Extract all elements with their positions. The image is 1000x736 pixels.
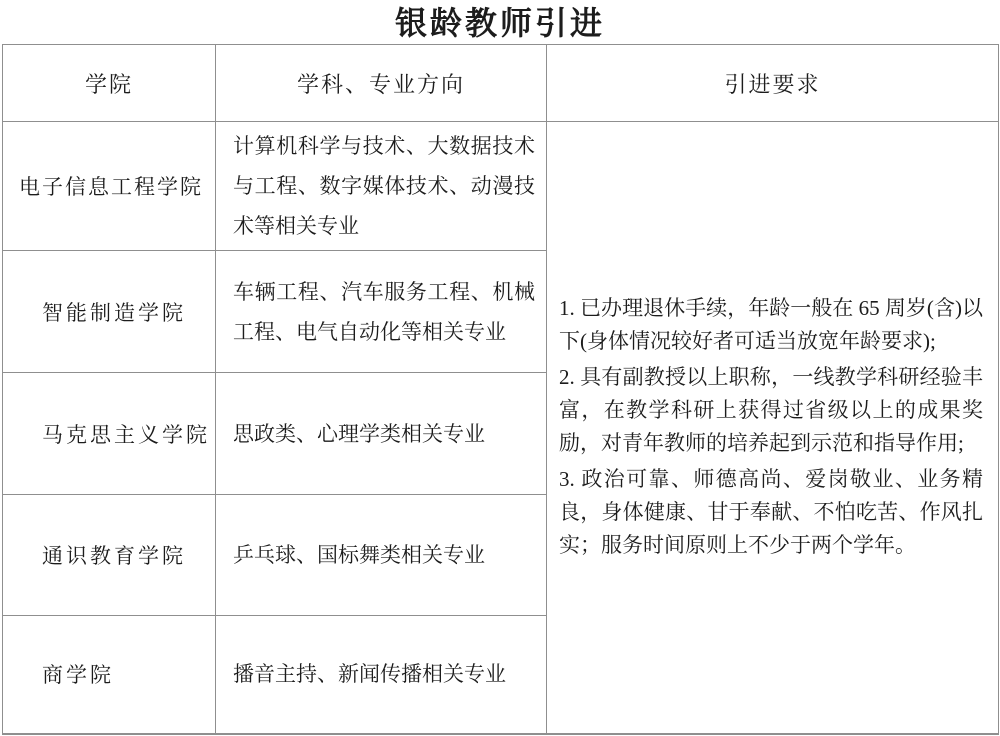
requirement-item-2: 2. 具有副教授以上职称，一线教学科研经验丰富，在教学科研上获得过省级以上的成果… — [559, 361, 983, 460]
majors-cell: 车辆工程、汽车服务工程、机械工程、电气自动化等相关专业 — [216, 251, 547, 373]
requirements-cell: 1. 已办理退休手续，年龄一般在 65 周岁(含)以下(身体情况较好者可适当放宽… — [547, 122, 999, 734]
page-title: 银龄教师引进 — [0, 0, 1000, 44]
header-college: 学院 — [3, 45, 216, 122]
requirement-item-1: 1. 已办理退休手续，年龄一般在 65 周岁(含)以下(身体情况较好者可适当放宽… — [559, 292, 983, 358]
majors-cell: 播音主持、新闻传播相关专业 — [216, 616, 547, 734]
header-requirements: 引进要求 — [547, 45, 999, 122]
header-row: 学院 学科、专业方向 引进要求 — [3, 45, 999, 122]
requirement-item-3: 3. 政治可靠、师德高尚、爱岗敬业、业务精良，身体健康、甘于奉献、不怕吃苦、作风… — [559, 463, 983, 562]
college-cell: 马克思主义学院 — [3, 373, 216, 495]
header-majors: 学科、专业方向 — [216, 45, 547, 122]
college-cell: 电子信息工程学院 — [3, 122, 216, 251]
college-cell: 智能制造学院 — [3, 251, 216, 373]
document-page: 银龄教师引进 学院 学科、专业方向 引进要求 电子信息工程学院 计算机科学与技术… — [0, 0, 1000, 736]
majors-cell: 计算机科学与技术、大数据技术与工程、数字媒体技术、动漫技术等相关专业 — [216, 122, 547, 251]
recruitment-table: 学院 学科、专业方向 引进要求 电子信息工程学院 计算机科学与技术、大数据技术与… — [2, 44, 999, 735]
college-cell: 商学院 — [3, 616, 216, 734]
majors-cell: 乒乓球、国标舞类相关专业 — [216, 495, 547, 616]
majors-cell: 思政类、心理学类相关专业 — [216, 373, 547, 495]
college-cell: 通识教育学院 — [3, 495, 216, 616]
table-row: 电子信息工程学院 计算机科学与技术、大数据技术与工程、数字媒体技术、动漫技术等相… — [3, 122, 999, 251]
